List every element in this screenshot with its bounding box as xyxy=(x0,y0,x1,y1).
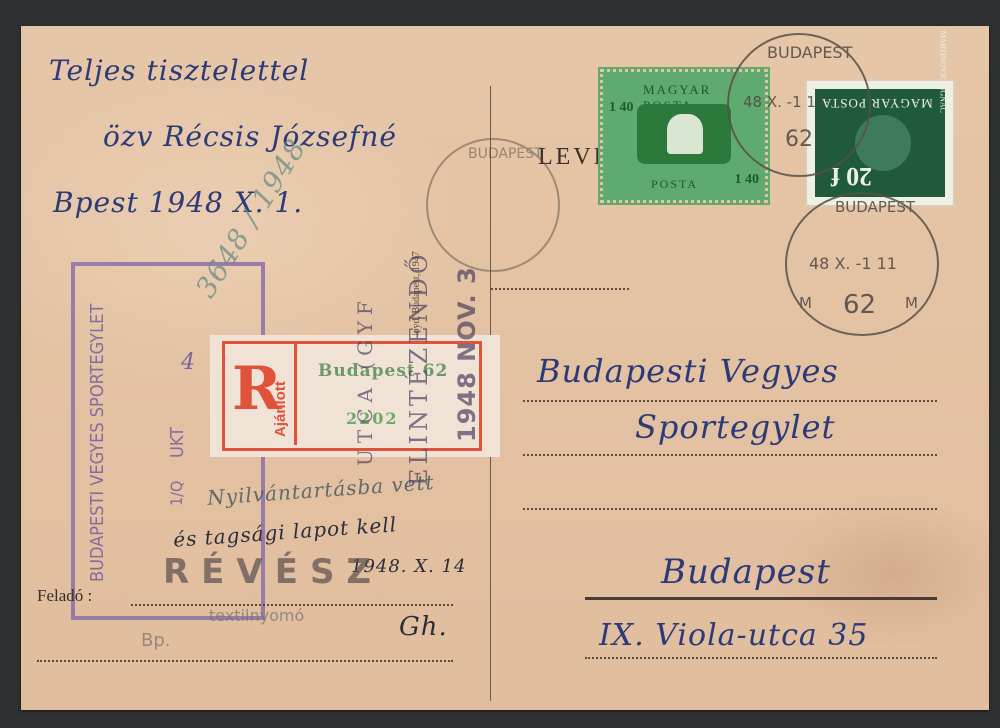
stamp-value-bottomright: 1 40 xyxy=(735,172,760,188)
greeting-line-2: özv Récsis Józsefné xyxy=(103,120,397,153)
address-recipient-line-1: Budapesti Vegyes xyxy=(537,352,839,390)
vertical-stamp-left: UTCA (GYF xyxy=(353,295,377,466)
postmark-code: M xyxy=(799,294,812,312)
greeting-line-1: Teljes tisztelettel xyxy=(49,54,309,87)
sender-stamp-name: RÉVÉSZ xyxy=(163,552,383,592)
stamp-subject: MARTINOVICS IGNÁC xyxy=(938,31,947,113)
sender-stamp-line-3: Bp. xyxy=(141,630,171,651)
postmark-top: BUDAPEST 48 X. -1 11 62 xyxy=(727,33,871,177)
postcard: Teljes tisztelettel özv Récsis Józsefné … xyxy=(21,26,989,710)
address-line-top xyxy=(491,288,629,290)
postmark-date: 48 X. -1 11 xyxy=(743,93,825,111)
stamp-posta-label: POSTA xyxy=(651,177,698,192)
postmark-city: BUDAPEST xyxy=(767,43,852,62)
figure-icon xyxy=(667,114,703,154)
postmark-date: 48 X. -1 11 xyxy=(809,254,897,273)
sender-label: Feladó : xyxy=(37,586,92,606)
sports-club-cachet-text: BUDAPESTI VEGYES SPORTEGYLET xyxy=(87,304,108,582)
address-line-3 xyxy=(523,508,937,510)
receipt-note-initials: Gh. xyxy=(399,612,448,642)
violet-fragment-ukt: UKT xyxy=(167,427,188,458)
registration-divider xyxy=(294,341,297,445)
violet-handwritten-number: 4 xyxy=(181,350,196,375)
address-line-street xyxy=(585,657,937,659)
postmark-code: M xyxy=(905,294,918,312)
address-city: Budapest xyxy=(661,552,831,592)
address-line-city xyxy=(585,597,937,600)
postmark-office: 62 xyxy=(785,127,813,152)
vertical-stamp-date: 1948 NOV. 3 xyxy=(453,266,481,442)
sender-stamp-line-2: textilnyomó xyxy=(209,606,304,625)
postmark-city: BUDAPEST xyxy=(835,198,915,216)
postmark-lower: BUDAPEST 48 X. -1 11 M 62 M xyxy=(785,192,939,336)
address-line-1 xyxy=(523,400,937,402)
address-street: IX. Viola-utca 35 xyxy=(599,618,868,653)
stamp-value-topleft: 1 40 xyxy=(609,100,634,116)
violet-fragment-q: 1/Q xyxy=(167,481,186,506)
postmark-office: 62 xyxy=(843,290,876,320)
postmark-faint: BUDAPEST xyxy=(426,138,560,272)
vertical-stamp-middle: ELINTÉZENDŐ xyxy=(405,250,433,486)
stamp-vignette xyxy=(637,104,731,164)
registration-word: Ajánlott xyxy=(272,381,289,437)
postmark-city: BUDAPEST xyxy=(468,146,543,162)
sender-line-1 xyxy=(131,604,453,606)
address-line-2 xyxy=(523,454,937,456)
address-recipient-line-2: Sportegylet xyxy=(635,408,835,446)
sender-line-2 xyxy=(37,660,453,662)
